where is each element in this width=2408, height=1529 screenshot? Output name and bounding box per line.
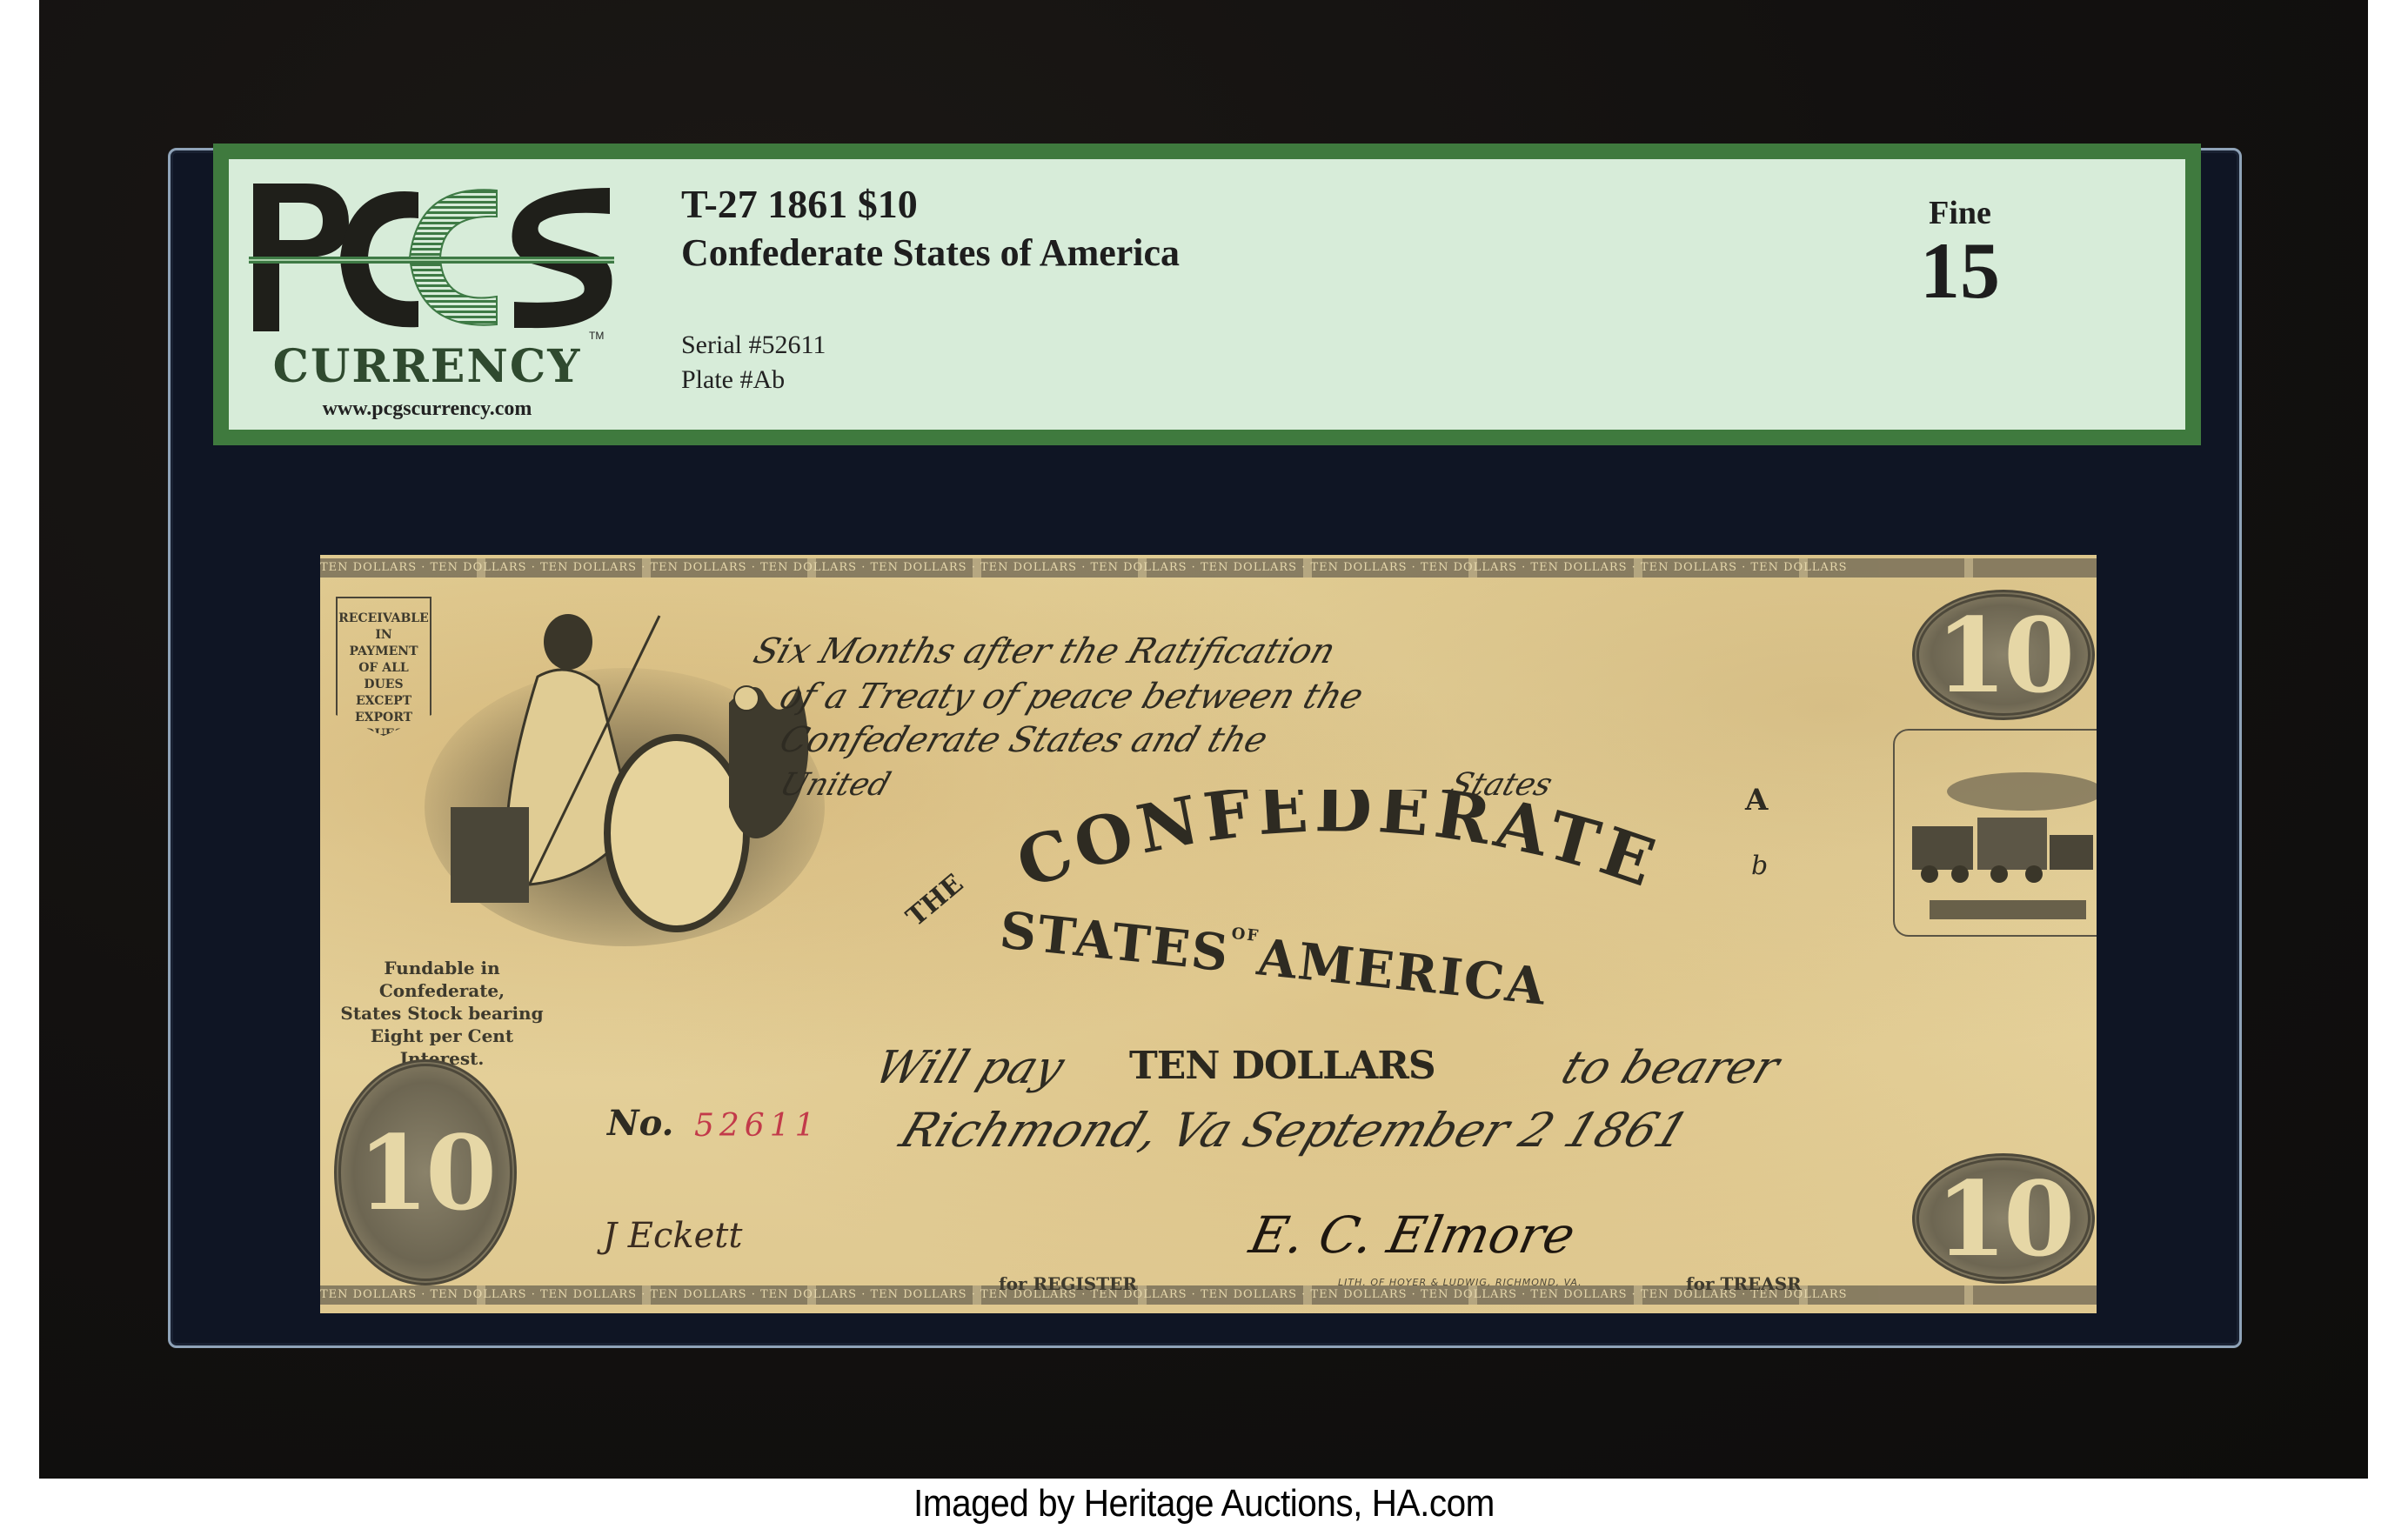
label-panel: TM CURRENCY www.pcgscurrency.com T-27 18…	[229, 159, 2185, 430]
plate-letter: A	[1745, 783, 1768, 818]
promise-line-3: Confederate States and the	[775, 720, 1273, 760]
place-date-text: Richmond, Va September 2 1861	[893, 1103, 1697, 1158]
note-plate: Plate #Ab	[681, 364, 785, 396]
treasurer-signature: E. C. Elmore	[1245, 1205, 1581, 1265]
note-issuer: Confederate States of America	[681, 230, 1180, 276]
denomination-oval-top-right: 10	[1912, 590, 2095, 720]
states-of-america-title: STATESOFAMERICA	[997, 900, 1549, 1017]
denomination-oval-left: 10	[334, 1059, 517, 1285]
train-vignette-icon	[1893, 729, 2097, 937]
image-credit-caption: Imaged by Heritage Auctions, HA.com	[97, 1479, 2312, 1529]
pcgs-grading-label: TM CURRENCY www.pcgscurrency.com T-27 18…	[213, 144, 2201, 445]
plate-sub-letter: b	[1751, 851, 1768, 881]
denomination-oval-bottom-right: 10	[1912, 1153, 2095, 1284]
will-pay-text: Will pay	[867, 1042, 1071, 1094]
handwritten-serial: 52611	[694, 1108, 820, 1144]
svg-text:CONFEDERATE: CONFEDERATE	[1007, 790, 1669, 903]
fundable-line: States Stock bearing	[329, 1002, 555, 1025]
lithographer-imprint: LITH. OF HOYER & LUDWIG, RICHMOND, VA.	[1338, 1277, 1582, 1288]
grade-number: 15	[1899, 227, 2021, 314]
promise-line-4a: United	[775, 767, 894, 803]
fundable-line: Fundable in Confederate,	[329, 957, 555, 1002]
pcgs-logo-icon	[244, 175, 619, 340]
logo-url: www.pcgscurrency.com	[244, 397, 610, 421]
to-bearer-text: to bearer	[1555, 1042, 1786, 1094]
pcgs-currency-logo: TM CURRENCY www.pcgscurrency.com	[244, 175, 619, 418]
for-treasurer-label: for TREASR	[1686, 1273, 1802, 1294]
number-prefix: No.	[607, 1103, 673, 1144]
promise-line-2: of a Treaty of peace between the	[775, 677, 1368, 717]
top-border-band: TEN DOLLARS · TEN DOLLARS · TEN DOLLARS …	[320, 558, 2097, 578]
bottom-border-band: TEN DOLLARS · TEN DOLLARS · TEN DOLLARS …	[320, 1285, 2097, 1305]
register-signature: J Eckett	[603, 1216, 742, 1256]
confederate-arched-title: CONFEDERATE	[946, 790, 1729, 911]
for-register-label: for REGISTER	[999, 1273, 1137, 1294]
title-america: AMERICA	[1254, 927, 1549, 1017]
note-serial: Serial #52611	[681, 330, 826, 361]
denomination-text: TEN DOLLARS	[1129, 1044, 1435, 1088]
note-catalog-title: T-27 1861 $10	[681, 182, 918, 227]
title-states: STATES	[997, 900, 1233, 983]
logo-currency-wordmark: CURRENCY	[244, 340, 610, 393]
title-of: OF	[1231, 925, 1261, 945]
banknote: TEN DOLLARS · TEN DOLLARS · TEN DOLLARS …	[320, 555, 2097, 1313]
promise-line-1: Six Months after the Ratification	[749, 631, 1341, 671]
fundable-text: Fundable in Confederate, States Stock be…	[329, 957, 555, 1070]
